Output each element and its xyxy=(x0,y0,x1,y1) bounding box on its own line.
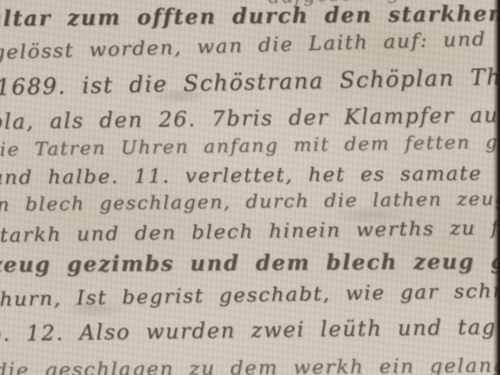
manuscript-line-date: ola, als den 26. 7bris der Klampfer auf … xyxy=(0,101,500,134)
manuscript-line-partial-bottom: die geschlagen zu dem werkh ein gelangt … xyxy=(0,352,500,375)
manuscript-line: zeug gezimbs und dem blech zeug gelangen… xyxy=(0,247,500,277)
page-edge-shadow xyxy=(493,0,500,375)
manuscript-line: thurn, Ist begrist geschabt, wie gar sch… xyxy=(0,273,500,311)
manuscript-line: starkh und den blech hinein werths zu fü… xyxy=(0,212,500,247)
manuscript-line: und halbe. 11. verlettet, het es samate … xyxy=(0,160,500,189)
manuscript-line-year-1689: 1689. ist die Schöstrana Schöplan Thurn … xyxy=(0,61,500,101)
manuscript-photo: aufgeschlag altar zum offten durch den s… xyxy=(0,0,500,375)
manuscript-line: altar zum offten durch den starkhen hine… xyxy=(0,0,500,31)
manuscript-line: b. 12. Also wurden zwei leüth und tagwer… xyxy=(0,312,500,346)
manuscript-line: an blech geschlagen, durch die lathen ze… xyxy=(0,185,500,216)
manuscript-line: die Tatren Uhren anfang mit dem fetten g… xyxy=(0,128,500,160)
